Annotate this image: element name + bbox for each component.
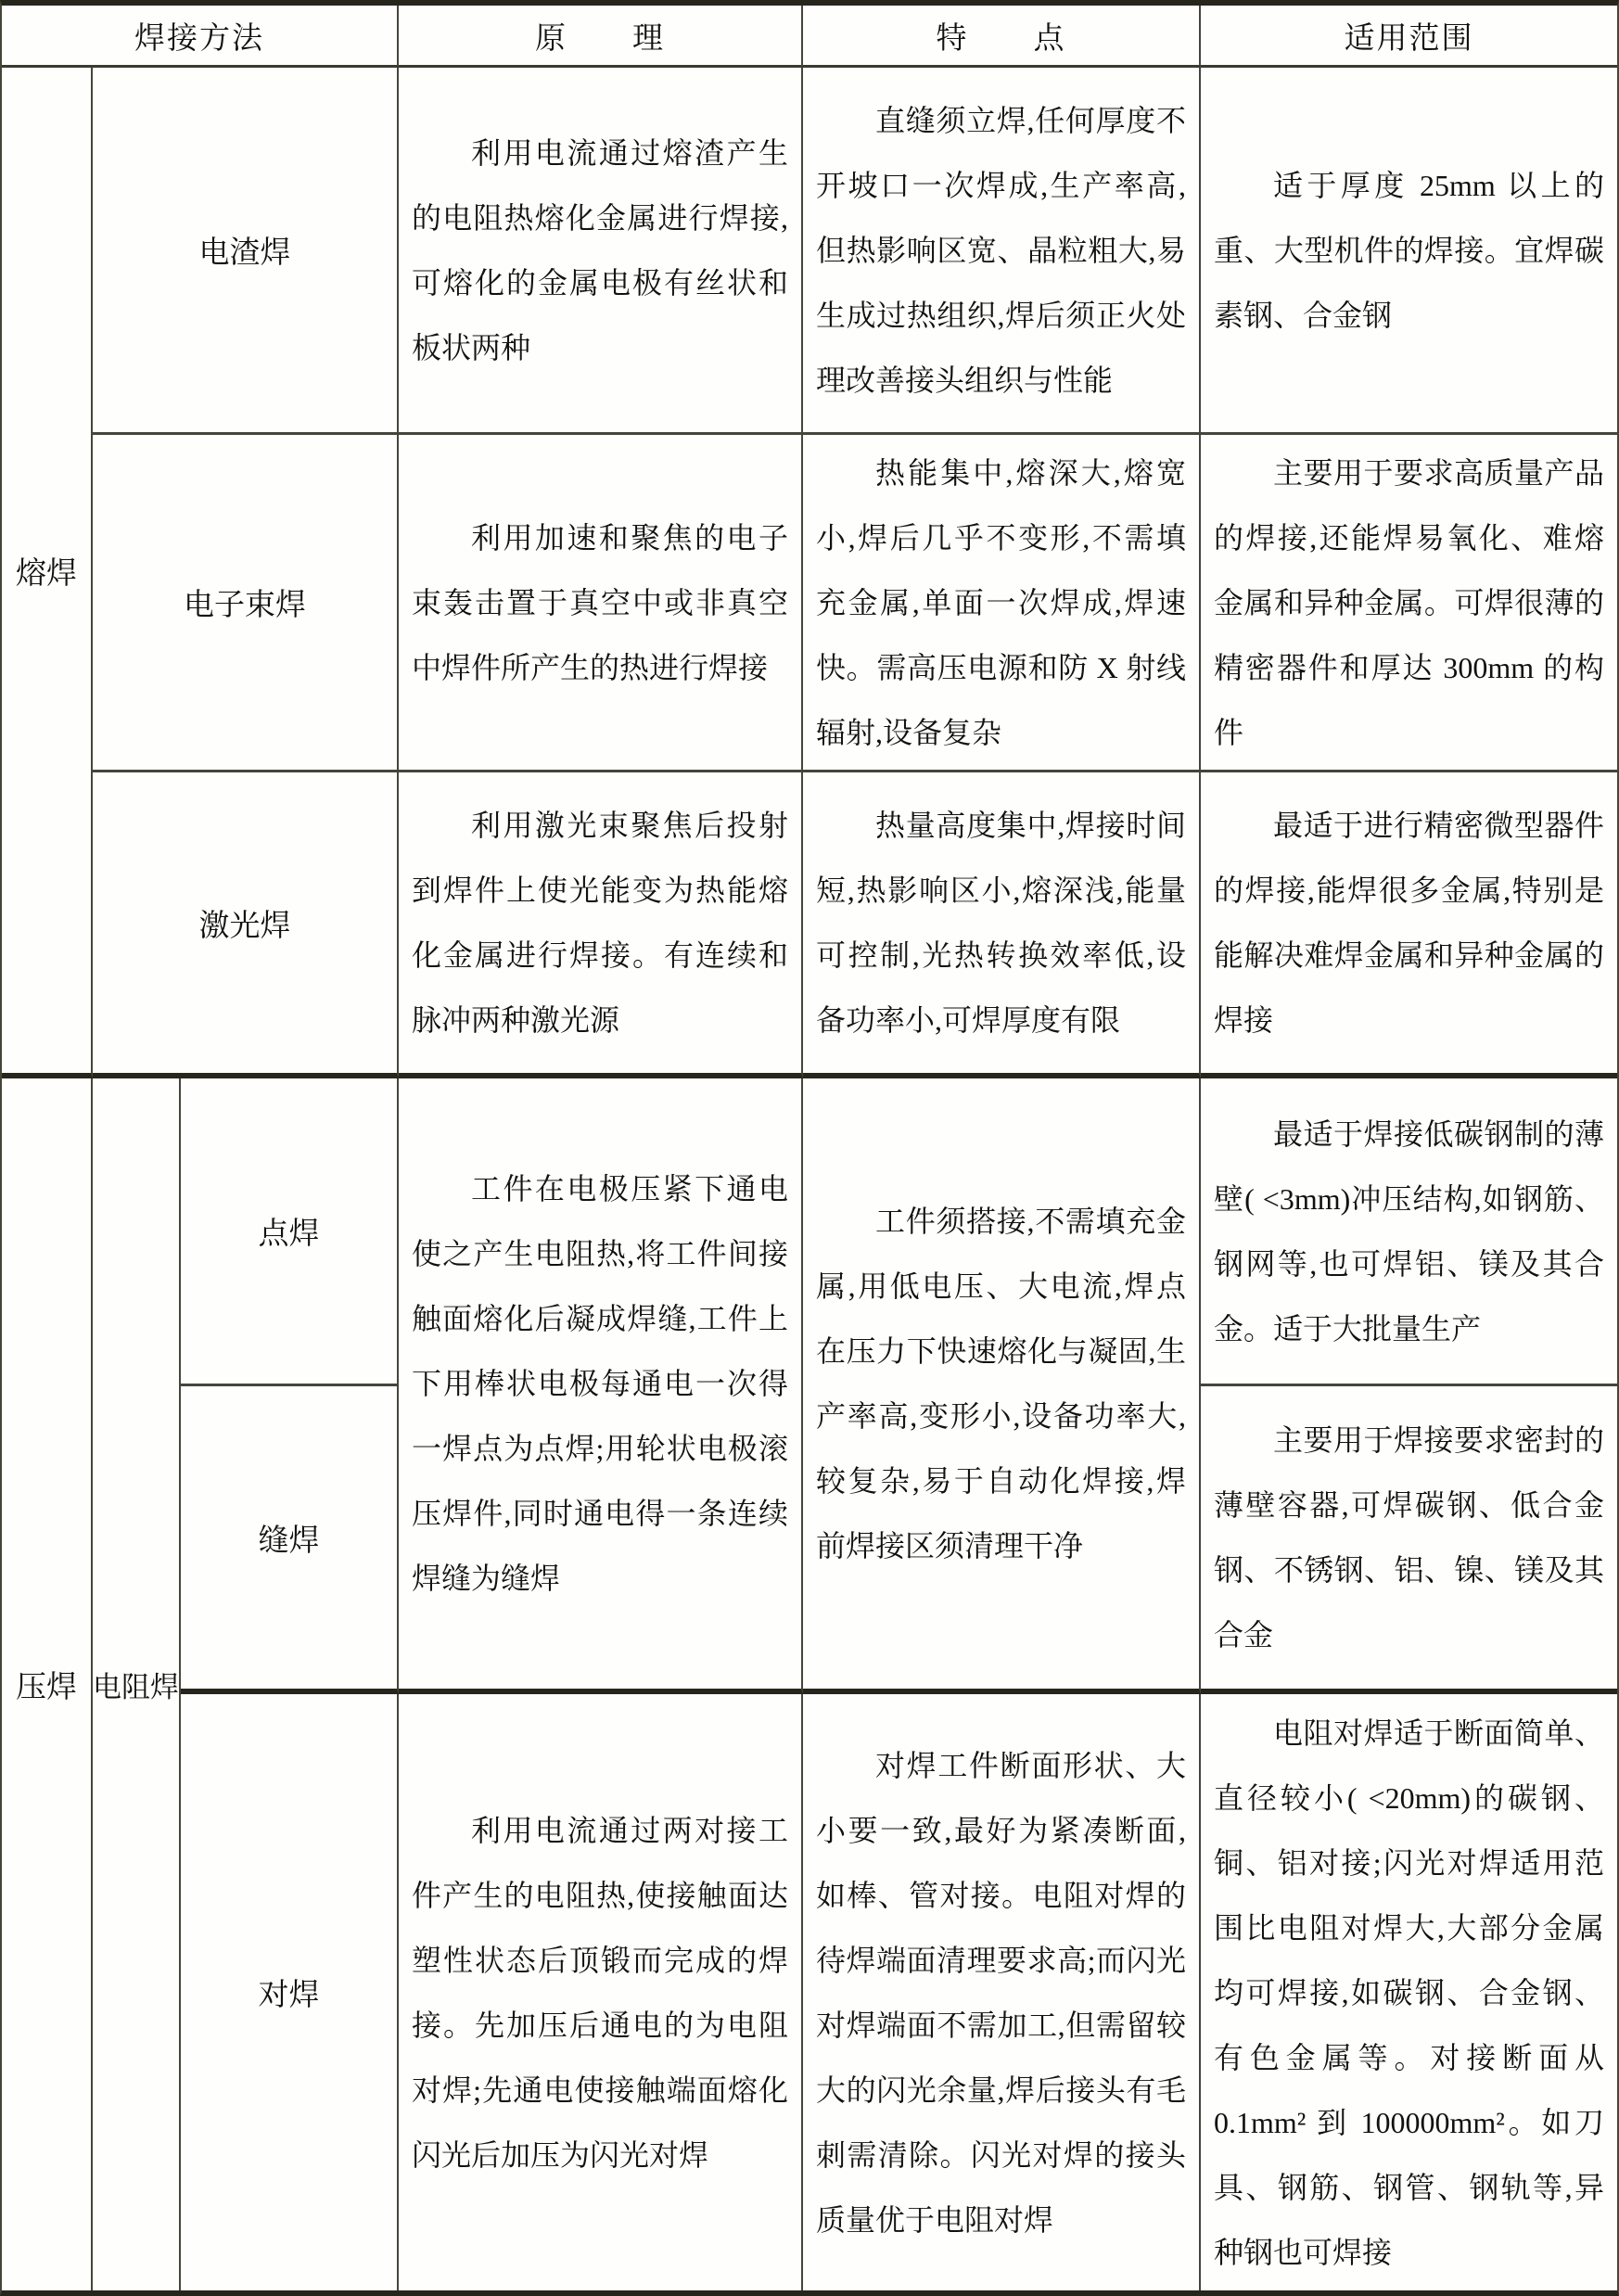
- features-electroslag-text: 直缝须立焊,任何厚度不开坡口一次焊成,生产率高,但热影响区宽、晶粒粗大,易生成过…: [803, 88, 1199, 413]
- cell-principle-spot-seam: 工件在电极压紧下通电使之产生电阻热,将工件间接触面熔化后凝成焊缝,工件上下用棒状…: [399, 1078, 803, 1694]
- header-principle: 原 理: [399, 6, 803, 68]
- cell-principle-laser: 利用激光束聚焦后投射到焊件上使光能变为热能熔化金属进行焊接。有连续和脉冲两种激光…: [399, 772, 803, 1078]
- cell-features-electron-beam: 热能集中,熔深大,熔宽小,焊后几乎不变形,不需填充金属,单面一次焊成,焊速快。需…: [803, 435, 1201, 772]
- principle-electron-beam-text: 利用加速和聚焦的电子束轰击置于真空中或非真空中焊件所产生的热进行焊接: [399, 505, 801, 700]
- cell-scope-laser: 最适于进行精密微型器件的焊接,能焊很多金属,特别是能解决难焊金属和异种金属的焊接: [1201, 772, 1617, 1078]
- cell-features-electroslag: 直缝须立焊,任何厚度不开坡口一次焊成,生产率高,但热影响区宽、晶粒粗大,易生成过…: [803, 68, 1201, 435]
- cell-scope-seam-welding: 主要用于焊接要求密封的薄壁容器,可焊碳钢、低合金钢、不锈钢、铝、镍、镁及其合金: [1201, 1386, 1617, 1694]
- cell-scope-butt-welding: 电阻对焊适于断面简单、直径较小( <20mm)的碳钢、铜、铝对接;闪光对焊适用范…: [1201, 1694, 1617, 2290]
- cell-scope-electroslag: 适于厚度 25mm 以上的重、大型机件的焊接。宜焊碳素钢、合金钢: [1201, 68, 1617, 435]
- method-name-electron-beam: 电子束焊: [93, 435, 399, 772]
- group-label-resistance-welding: 电阻焊: [93, 1078, 181, 2290]
- features-butt-welding-text: 对焊工件断面形状、大小要一致,最好为紧凑断面,如棒、管对接。电阻对焊的待焊端面清…: [803, 1733, 1199, 2252]
- cell-principle-electroslag: 利用电流通过熔渣产生的电阻热熔化金属进行焊接,可熔化的金属电极有丝状和板状两种: [399, 68, 803, 435]
- welding-methods-table: 焊接方法 原 理 特 点 适用范围 熔焊 电渣焊 利用电流通过熔渣产生的电阻热熔…: [0, 0, 1619, 2296]
- method-name-butt-welding: 对焊: [181, 1694, 399, 2290]
- method-name-seam-welding: 缝焊: [181, 1386, 399, 1694]
- cell-features-butt-welding: 对焊工件断面形状、大小要一致,最好为紧凑断面,如棒、管对接。电阻对焊的待焊端面清…: [803, 1694, 1201, 2290]
- features-spot-seam-text: 工件须搭接,不需填充金属,用低电压、大电流,焊点在压力下快速熔化与凝固,生产率高…: [803, 1189, 1199, 1578]
- features-laser-text: 热量高度集中,焊接时间短,热影响区小,熔深浅,能量可控制,光热转换效率低,设备功…: [803, 793, 1199, 1052]
- features-electron-beam-text: 热能集中,熔深大,熔宽小,焊后几乎不变形,不需填充金属,单面一次焊成,焊速快。需…: [803, 440, 1199, 765]
- scope-laser-text: 最适于进行精密微型器件的焊接,能焊很多金属,特别是能解决难焊金属和异种金属的焊接: [1201, 793, 1617, 1052]
- cell-scope-spot-welding: 最适于焊接低碳钢制的薄壁( <3mm)冲压结构,如钢筋、钢网等,也可焊铝、镁及其…: [1201, 1078, 1617, 1386]
- scope-seam-welding-text: 主要用于焊接要求密封的薄壁容器,可焊碳钢、低合金钢、不锈钢、铝、镍、镁及其合金: [1201, 1408, 1617, 1667]
- header-scope: 适用范围: [1201, 6, 1617, 68]
- principle-spot-seam-text: 工件在电极压紧下通电使之产生电阻热,将工件间接触面熔化后凝成焊缝,工件上下用棒状…: [399, 1156, 801, 1611]
- scope-butt-welding-text: 电阻对焊适于断面简单、直径较小( <20mm)的碳钢、铜、铝对接;闪光对焊适用范…: [1201, 1701, 1617, 2285]
- cell-principle-electron-beam: 利用加速和聚焦的电子束轰击置于真空中或非真空中焊件所产生的热进行焊接: [399, 435, 803, 772]
- cell-principle-butt-welding: 利用电流通过两对接工件产生的电阻热,使接触面达塑性状态后顶锻而完成的焊接。先加压…: [399, 1694, 803, 2290]
- principle-laser-text: 利用激光束聚焦后投射到焊件上使光能变为热能熔化金属进行焊接。有连续和脉冲两种激光…: [399, 793, 801, 1052]
- group-label-fusion-welding: 熔焊: [2, 68, 93, 1078]
- principle-butt-welding-text: 利用电流通过两对接工件产生的电阻热,使接触面达塑性状态后顶锻而完成的焊接。先加压…: [399, 1798, 801, 2188]
- header-features: 特 点: [803, 6, 1201, 68]
- cell-features-laser: 热量高度集中,焊接时间短,热影响区小,熔深浅,能量可控制,光热转换效率低,设备功…: [803, 772, 1201, 1078]
- cell-features-spot-seam: 工件须搭接,不需填充金属,用低电压、大电流,焊点在压力下快速熔化与凝固,生产率高…: [803, 1078, 1201, 1694]
- cell-scope-electron-beam: 主要用于要求高质量产品的焊接,还能焊易氧化、难熔金属和异种金属。可焊很薄的精密器…: [1201, 435, 1617, 772]
- scope-electron-beam-text: 主要用于要求高质量产品的焊接,还能焊易氧化、难熔金属和异种金属。可焊很薄的精密器…: [1201, 440, 1617, 765]
- method-name-spot-welding: 点焊: [181, 1078, 399, 1386]
- method-name-laser: 激光焊: [93, 772, 399, 1078]
- welding-methods-table-page: 焊接方法 原 理 特 点 适用范围 熔焊 电渣焊 利用电流通过熔渣产生的电阻热熔…: [0, 0, 1619, 2296]
- group-label-pressure-welding: 压焊: [2, 1078, 93, 2290]
- scope-electroslag-text: 适于厚度 25mm 以上的重、大型机件的焊接。宜焊碳素钢、合金钢: [1201, 153, 1617, 348]
- method-name-electroslag: 电渣焊: [93, 68, 399, 435]
- header-method: 焊接方法: [2, 6, 399, 68]
- scope-spot-welding-text: 最适于焊接低碳钢制的薄壁( <3mm)冲压结构,如钢筋、钢网等,也可焊铝、镁及其…: [1201, 1102, 1617, 1361]
- principle-electroslag-text: 利用电流通过熔渣产生的电阻热熔化金属进行焊接,可熔化的金属电极有丝状和板状两种: [399, 121, 801, 380]
